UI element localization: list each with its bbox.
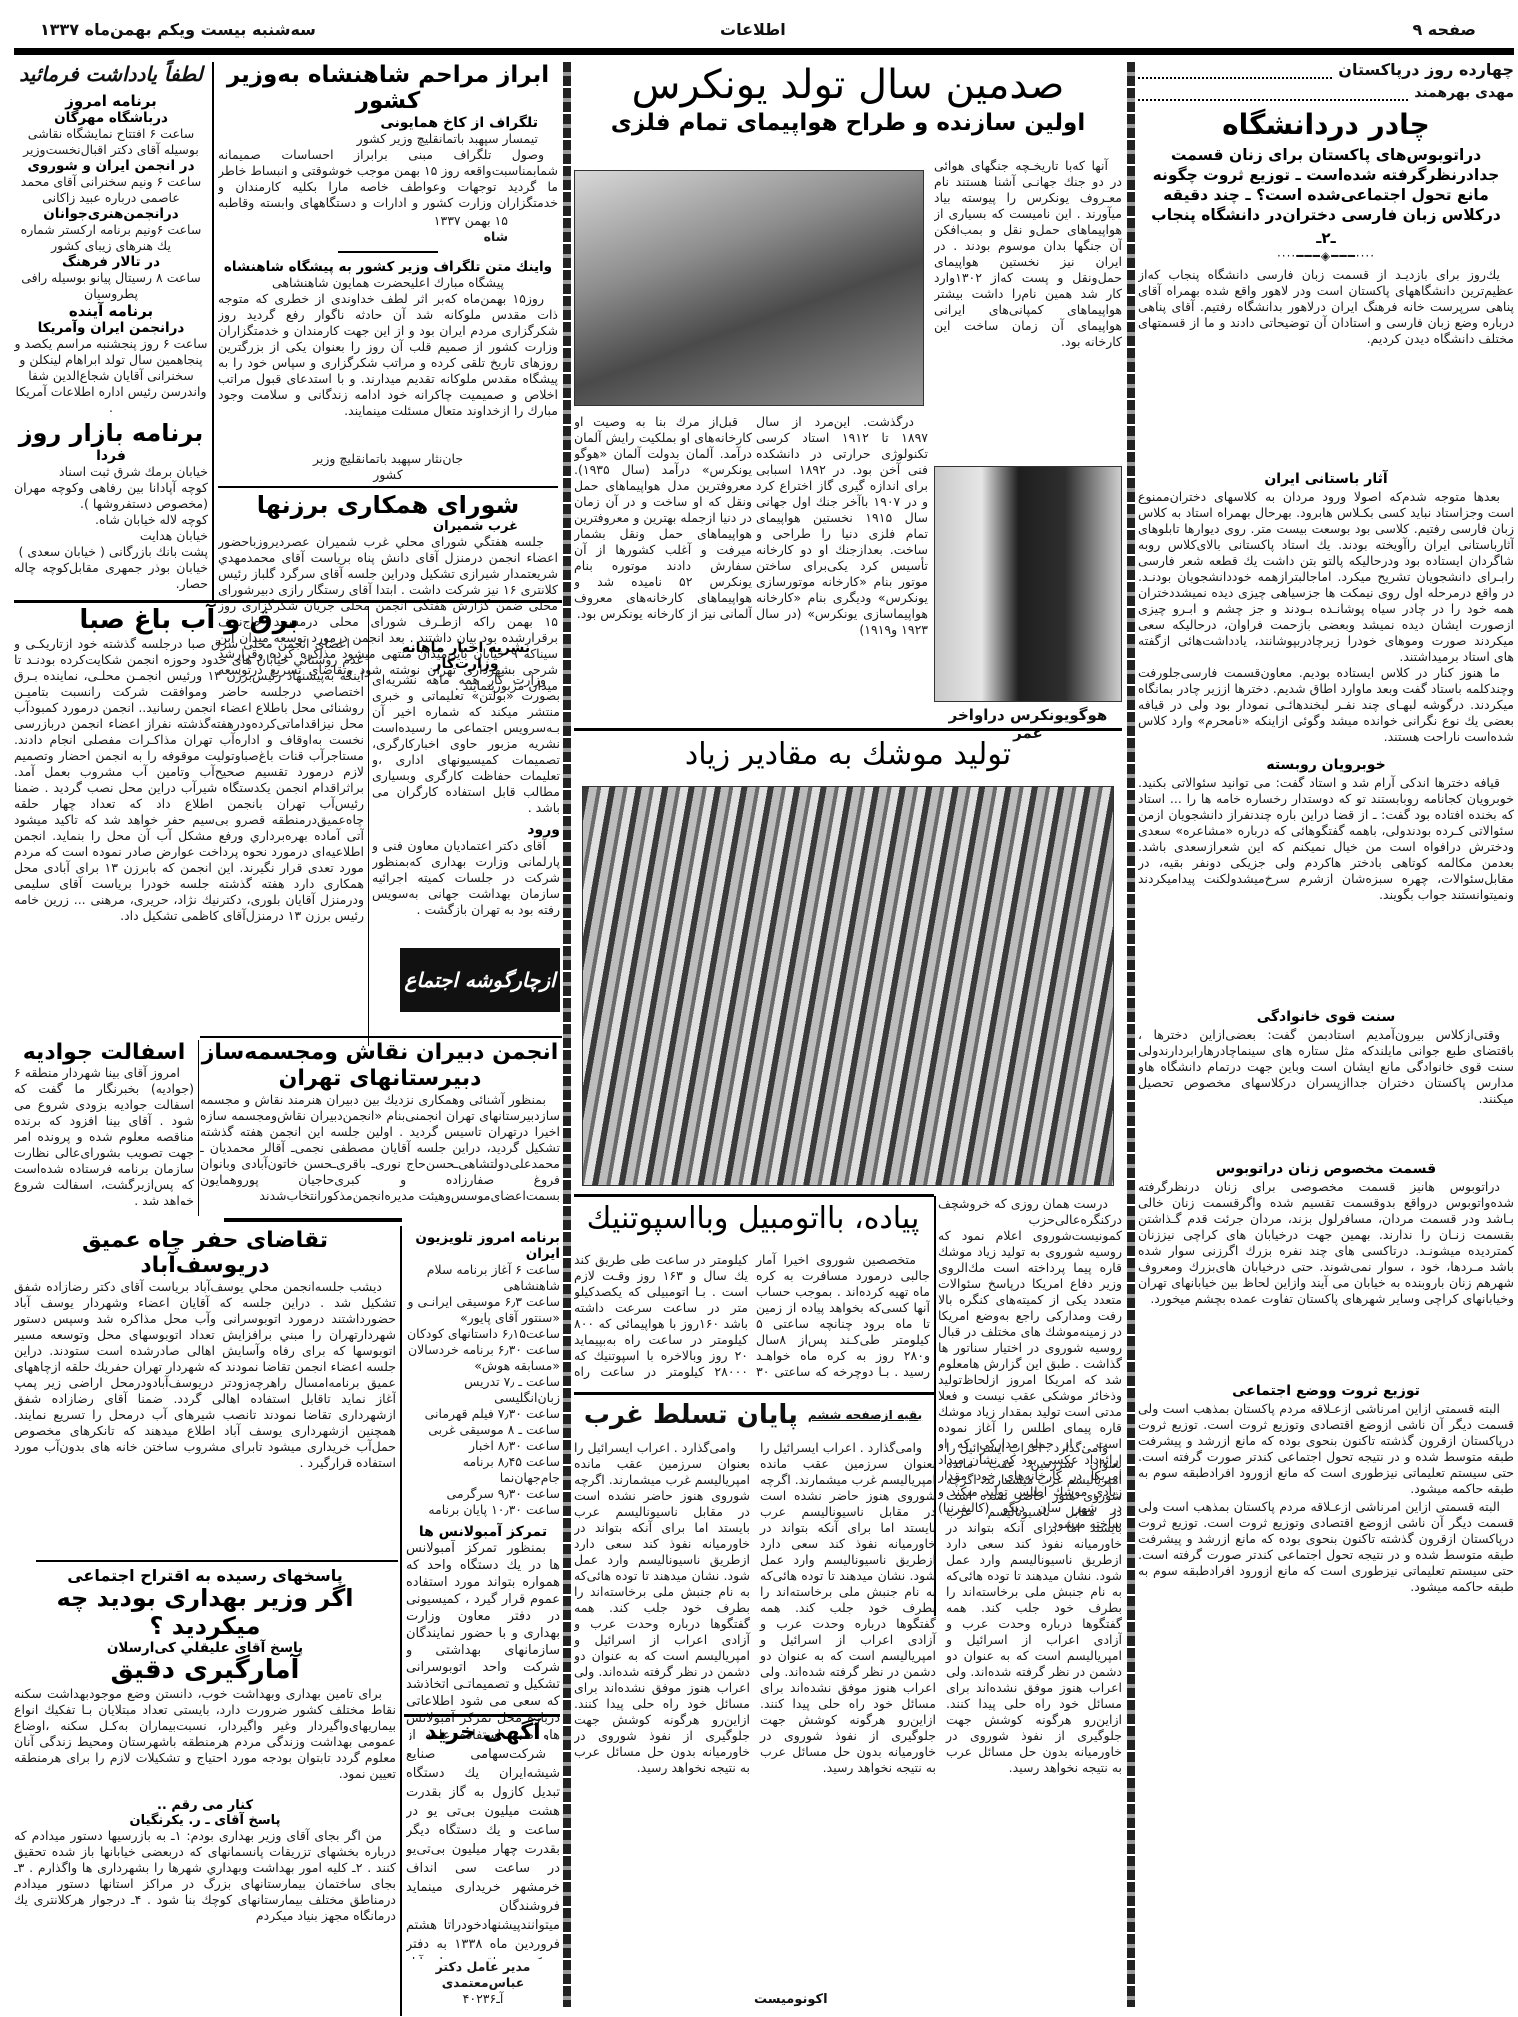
byline: مهدی بهرهمند <box>1414 85 1514 101</box>
program-venue: در انجمن ایران و شوروی <box>14 158 208 174</box>
reply-text: روز۱۵ بهمن‌ماه که‌بر اثر لطف خداوندی از … <box>218 291 558 451</box>
health-byline: پاسخ آقای علیقلي کی‌ارسلان <box>14 1640 396 1656</box>
tv-title: برنامه امروز تلویزیون ایران <box>406 1230 560 1262</box>
west-header: بقیه ازصفحه ششم پایان تسلط غرب <box>574 1400 932 1430</box>
section-text: قیافه دخترها اندکی آرام شد و استاد گفت: … <box>1138 775 1514 1005</box>
program-venue: درباشگاه مهرگان <box>14 110 208 126</box>
column-divider <box>198 1040 199 1216</box>
tv-item: ساعت ۶٫۳۰ برنامه خردسالان «مسابقه هوش» <box>406 1342 560 1374</box>
intro-text: یك‌روز برای بازدیـد از قسمت زبان فارسی د… <box>1138 267 1514 467</box>
section-rule <box>574 1392 934 1395</box>
photo-hugo-junkers <box>934 466 1122 702</box>
women-council-headline: شورای همکاری برزنها <box>218 492 558 520</box>
program-venue: درانجمن‌هنری‌جوانان <box>14 206 208 222</box>
article-health-minister: پاسخهای رسیده به اقتراح اجتماعی اگر وزیر… <box>14 1566 396 2010</box>
masthead-rule <box>14 48 1514 55</box>
health-reply-title: کنار می رقم .. <box>14 1798 396 1813</box>
issue-date: سه‌شنبه بیست ویکم بهمن‌ماه ۱۳۳۷ <box>40 20 316 39</box>
tv-program: برنامه امروز تلویزیون ایران ساعت ۶ آغاز … <box>406 1230 560 1750</box>
bazaar-item: پشت بانك بازرگانی ( خیابان سعدی ) <box>14 544 208 560</box>
photo-junkers-aircraft <box>574 170 924 406</box>
bazaar-item: کوچه آپادانا بین رفاهی وکوچه مهران (مخصو… <box>14 480 208 512</box>
column-divider <box>400 1226 402 2016</box>
section-text: وقتی‌ازکلاس بیرون‌آمدیم استادبمن گفت: بع… <box>1138 1027 1514 1157</box>
headline: چادر دردانشگاه <box>1138 109 1514 141</box>
ad-text: شرکت‌سهامی صنایع شیشه‌ایران یك دستگاه تب… <box>406 1745 560 1959</box>
ad-title: آگهی خرید <box>406 1720 560 1745</box>
junkers-headline: صدمین سال تولد یونکرس <box>574 62 1122 108</box>
ad-signature: مدیر عامل دکتر عباس‌معتمدی <box>406 1959 560 1991</box>
reply-title: واینك متن تلگراف وزیر کشور به پیشگاه شاه… <box>218 259 558 275</box>
article-asphalt: اسفالت جوادیه امروز آقای بینا شهردار منط… <box>14 1040 194 1216</box>
teachers-headline: انجمن دبیران نقاش ومجسمه‌ساز دبیرستانهای… <box>200 1040 560 1092</box>
tv-schedule-list: ساعت ۶ آغاز برنامه سلام شاهنشاهی ساعت ۶٫… <box>406 1262 560 1518</box>
short-rule <box>338 251 438 253</box>
program-text: ساعت ۶ افتتاح نمایشگاه نقاشی بوسیله آقای… <box>14 126 208 158</box>
royal-recipient: تیمسار سپهبد باتمانقلیچ وزیر کشور <box>218 131 558 147</box>
announcements-column: لطفاً یادداشت فرمائید برنامه امروز درباش… <box>14 62 208 602</box>
tv-item: ساعت۶٫۱۵ داستانهای کودکان <box>406 1326 560 1342</box>
program-venue: در تالار فرهنگ <box>14 254 208 270</box>
health-reply-text: من اگر بجای آقای وزیر بهداری بودم: ۱ـ به… <box>14 1828 396 1958</box>
arrival-text: آقای دکتر اعتمادیان معاون فنی و پارلمانی… <box>372 838 560 918</box>
west-headline: پایان تسلط غرب <box>584 1400 798 1430</box>
water-text: اعضای انجمن محلی شرق صبا درجلسه گذشته خو… <box>14 636 364 1038</box>
junkers-text: آنها که‌با تاریخـچه جنگهای هوائی در دو ج… <box>934 158 1122 458</box>
ambulance-title: تمرکز آمبولانس ها <box>406 1524 560 1540</box>
section-text: البته قسمتی ازاین امرناشی ازعـلاقه مردم … <box>1138 1401 1514 1731</box>
tv-item: ساعت ۷٫۳۰ فیلم قهرمانی <box>406 1406 560 1422</box>
section-rule <box>404 1714 560 1717</box>
tv-item: ساعت ـ ۷٫ تدریس زبان‌انگلیسی <box>406 1374 560 1406</box>
section-text: دراتوبوس هانیز قسمت مخصوصی برای زنان درن… <box>1138 1179 1514 1379</box>
section-rule <box>574 728 1122 731</box>
advertisement-purchase: آگهی خرید شرکت‌سهامی صنایع شیشه‌ایران یك… <box>406 1720 560 2010</box>
west-signoff: اکونومیست <box>754 1992 828 2007</box>
announcements-banner: لطفاً یادداشت فرمائید <box>14 62 208 86</box>
water-headline: برق و آب باغ صبا <box>14 606 364 636</box>
labor-text: وزارت کار همه ماهه نشریه‌ای بصورت «بولتن… <box>372 672 560 822</box>
pedestrian-headline: پیاده، بااتومبیل وبااسپوتنیك <box>574 1202 932 1237</box>
masthead: صفحه ۹ اطلاعات سه‌شنبه بیست ویکم بهمن‌ما… <box>0 0 1518 58</box>
tv-item: ساعت ـ ۸ موسیقی غربی <box>406 1422 560 1438</box>
section-text: بعدها متوجه شدم‌که اصولا ورود مردان به ک… <box>1138 489 1514 665</box>
junkers-text: درگذشت. این‌مرد از سال ۱۸۹۷ تا ۱۹۱۲ استا… <box>756 414 928 724</box>
bazaar-item: کوچه لاله خیابان شاه. <box>14 512 208 528</box>
health-headline: اگر وزیر بهداری بودید چه میکردید ؟ <box>14 1585 396 1640</box>
bazaar-day: فردا <box>14 448 208 464</box>
ornament-icon: ····━━━◈━━━···· <box>1138 249 1514 263</box>
royal-date: ۱۵ بهمن ۱۳۳۷ <box>218 213 558 229</box>
ad-code: آـ۴۰۲۳۶ <box>406 1991 560 2007</box>
west-text: وامی‌گذارد . اعراب ایسرائیل را بعنوان سر… <box>574 1440 1122 2000</box>
bazaar-title: برنامه بازار روز <box>14 420 208 448</box>
section-title: قسمت مخصوص زنان دراتوبوس <box>1138 1161 1514 1177</box>
ambulance-text: بمنظور تمرکز آمبولانس ها در یك دستگاه وا… <box>406 1540 560 1740</box>
arrival-title: ورود <box>372 822 560 838</box>
tv-item: ساعت ۶٫۳ موسیقی ایرانـی و «سنتور آقای پا… <box>406 1294 560 1326</box>
tv-item: ساعت ۱۰٫۳۰ پایان برنامه <box>406 1502 560 1518</box>
section-rule <box>574 1194 934 1197</box>
health-subheadline: آمارگیری دقیق <box>14 1656 396 1686</box>
reply-recipient: پیشگاه مبارك اعلیحضرت همایون شاهنشاهی <box>218 275 558 291</box>
junkers-subheadline: اولین سازنده و طراح هواپیمای تمام فلزی <box>574 110 1122 136</box>
asphalt-headline: اسفالت جوادیه <box>14 1040 194 1065</box>
bazaar-item: خیابان برمك شرق ثبت اسناد <box>14 464 208 480</box>
section-title: آثار باستانی ایران <box>1138 471 1514 487</box>
tv-item: ساعت ۸٫۳۰ اخبار <box>406 1438 560 1454</box>
tv-item: ساعت ۸٫۴۵ برنامه جام‌جهان‌نما <box>406 1454 560 1486</box>
women-council-area: غرب شمیران <box>218 519 558 534</box>
bazaar-item: خیابان بوذر جمهری مقابل‌کوچه چاله حصار. <box>14 560 208 592</box>
health-text: برای تامین بهداری وبهداشت خوب، دانستن وض… <box>14 1686 396 1798</box>
continuation-note: بقیه ازصفحه ششم <box>808 1408 922 1422</box>
column-divider <box>368 606 369 1046</box>
paper-name: اطلاعات <box>720 20 786 39</box>
article-pakistan: چهارده روز درپاکستان مهدی بهرهمند چادر د… <box>1138 60 1514 2010</box>
royal-subhead: تلگراف از کاخ همایونی <box>218 115 538 131</box>
asphalt-text: امروز آقای بینا شهردار منطقه ۶ (جوادیه) … <box>14 1065 194 1205</box>
health-reply-byline: پاسخ آقای ـ ر. یکرنگیان <box>14 1813 396 1828</box>
section-rule <box>218 486 558 488</box>
royal-headline: ابراز مراحم شاهنشاه به‌وزیر کشور <box>218 62 558 115</box>
pedestrian-text: متخصصین شوروی اخیرا آمار جالبی درمورد مس… <box>574 1252 930 1382</box>
labor-title: نشریه اخبار ماهانه وزارت‌کار <box>372 640 560 672</box>
tv-item: ساعت ۹٫۳۰ سرگرمی <box>406 1486 560 1502</box>
tv-item: ساعت ۶ آغاز برنامه سلام شاهنشاهی <box>406 1262 560 1294</box>
program-text: ساعت ۶ روز پنجشنبه مراسم یکصد و پنجاهمین… <box>14 336 208 416</box>
part-number: ـ۲ـ <box>1138 229 1514 247</box>
well-headline: تقاضای حفر چاه عمیق دریوسف‌آباد <box>14 1228 396 1279</box>
program-text: ساعت ۶ونیم برنامه ارکستر شماره یك هنرهای… <box>14 222 208 254</box>
column-divider <box>212 62 214 602</box>
program-text: ساعت ۶ ونیم سخنرانی آقای محمد عاصمی دربا… <box>14 174 208 206</box>
reply-signature: جان‌نثار سپهبد باتمانقلیچ وزیر کشور <box>308 451 468 483</box>
junkers-text: قبل‌از مرك بنا به وصیت او کارخانه‌های او… <box>574 414 752 640</box>
section-title: سنت قوی خانوادگی <box>1138 1009 1514 1025</box>
program-venue: درانجمن ایران وآمریکا <box>14 320 208 336</box>
today-program-list: درباشگاه مهرگان ساعت ۶ افتتاح نمایشگاه ن… <box>14 110 208 302</box>
page-number: صفحه ۹ <box>1412 20 1476 39</box>
bazaar-list: خیابان برمك شرق ثبت اسناد کوچه آپادانا ب… <box>14 464 208 592</box>
section-rule <box>200 1036 562 1038</box>
ornamental-divider <box>1127 62 1135 2007</box>
teachers-text: بمنظور آشنائی وهمکاری نزدیك بین دبیران ه… <box>200 1092 560 1204</box>
dotted-rule <box>1138 91 1408 101</box>
article-art-teachers: انجمن دبیران نقاش ومجسمه‌ساز دبیرستانهای… <box>200 1040 560 1216</box>
program-text: ساعت ۸ رسیتال پیانو بوسیله رافی پطروسیان <box>14 270 208 302</box>
bazaar-item: خیابان هدایت <box>14 528 208 544</box>
article-water-electricity: برق و آب باغ صبا اعضای انجمن محلی شرق صب… <box>14 606 364 1056</box>
health-kicker: پاسخهای رسیده به اقتراح اجتماعی <box>14 1566 396 1585</box>
section-rule <box>36 1560 398 1562</box>
subheadline: دراتوبوس‌های پاکستان برای زنان قسمت جداد… <box>1138 145 1514 225</box>
series-title: چهارده روز درپاکستان <box>1338 60 1514 79</box>
rocket-headline: تولید موشك به مقادیر زیاد <box>574 738 1122 773</box>
corners-of-society-banner: ازچارگوشه اجتماع <box>400 948 560 1012</box>
well-text: دیشب جلسه‌انجمن محلي یوسف‌آباد بریاست آق… <box>14 1279 396 1539</box>
dotted-rule <box>1138 69 1332 79</box>
ornamental-divider <box>563 62 571 2007</box>
future-program-title: برنامه آینده <box>14 302 208 320</box>
section-title: خوبرویان روبسته <box>1138 757 1514 773</box>
section-rule <box>224 1218 402 1222</box>
section-title: توزیع ثروت ووضع اجتماعی <box>1138 1383 1514 1399</box>
royal-text: وصول تلگراف مبنی برابراز احساسات صمیمانه… <box>218 147 558 213</box>
center-column: صدمین سال تولد یونکرس اولین سازنده و طرا… <box>574 62 1122 2012</box>
labor-bulletin: نشریه اخبار ماهانه وزارت‌کار وزارت کار ه… <box>372 640 560 940</box>
photo-atlas-rockets <box>582 786 1114 1186</box>
section-text: ما هنوز کنار در کلاس ایستاده بودیم. معاو… <box>1138 665 1514 753</box>
article-deep-well: تقاضای حفر چاه عمیق دریوسف‌آباد دیشب جلس… <box>14 1228 396 1518</box>
today-program-title: برنامه امروز <box>14 92 208 110</box>
royal-signature: شاه <box>218 229 558 245</box>
